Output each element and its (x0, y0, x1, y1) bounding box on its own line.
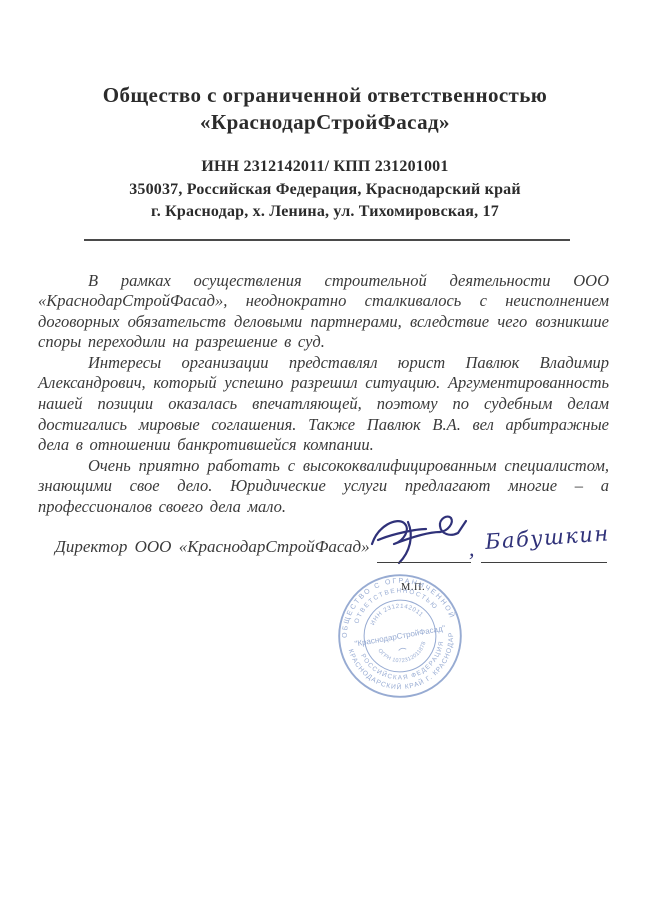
letter-body: В рамках осуществления строительной деят… (38, 271, 609, 518)
surname-underline (481, 562, 607, 563)
handwritten-signature (368, 510, 480, 566)
scanned-letter-page: Общество с ограниченной ответственностью… (0, 0, 650, 902)
inn-kpp-line: ИНН 2312142011/ КПП 231201001 (0, 156, 650, 179)
company-requisites: ИНН 2312142011/ КПП 231201001 350037, Ро… (0, 156, 650, 224)
letterhead: Общество с ограниченной ответственностью… (0, 0, 650, 241)
director-signature-label: Директор ООО «КраснодарСтройФасад» (55, 537, 370, 557)
company-name-line2: «КраснодарСтройФасад» (0, 109, 650, 136)
paragraph-1: В рамках осуществления строительной деят… (38, 271, 609, 353)
header-divider-line (84, 239, 570, 241)
stamp-inn: ИНН 2312142011 (367, 598, 426, 627)
address-line2: г. Краснодар, х. Ленина, ул. Тихомировск… (0, 201, 650, 224)
handwritten-comma: , (469, 536, 475, 562)
company-round-stamp-icon: ОБЩЕСТВО С ОГРАНИЧЕННОЙ ОТВЕТСТВЕННОСТЬЮ… (336, 572, 464, 700)
handwritten-surname: Бабушкин (484, 521, 610, 554)
stamp-company-name: "КраснодарСтройФасад" (354, 624, 446, 649)
address-line1: 350037, Российская Федерация, Краснодарс… (0, 179, 650, 202)
signature-underline (377, 562, 471, 563)
svg-text:ИНН 2312142011: ИНН 2312142011 (367, 598, 426, 627)
paragraph-2: Интересы организации представлял юрист П… (38, 353, 609, 456)
paragraph-3: Очень приятно работать с высококвалифици… (38, 456, 609, 518)
company-name-line1: Общество с ограниченной ответственностью (0, 82, 650, 109)
